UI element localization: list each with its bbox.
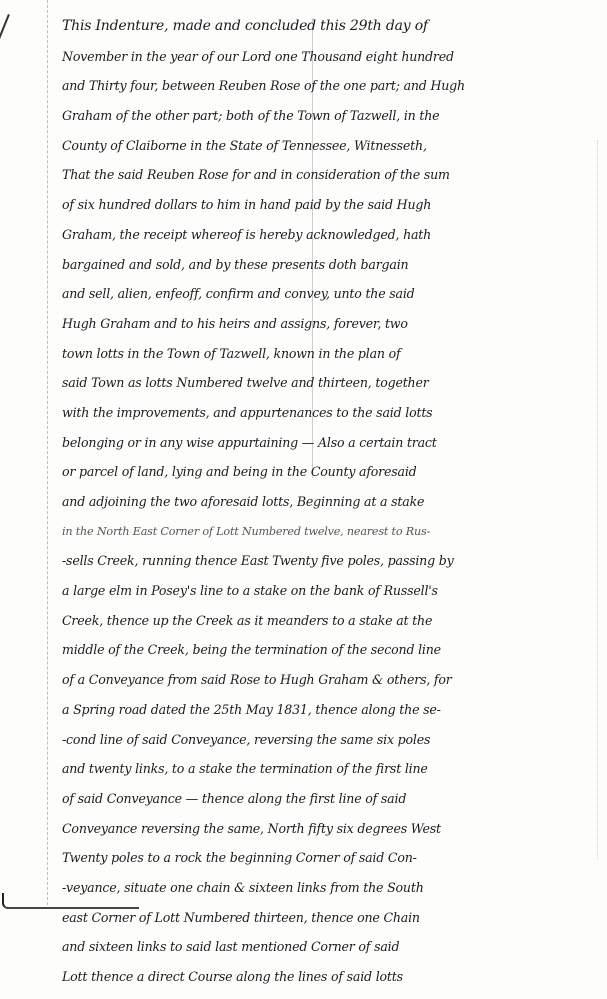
text-line: That the said Reuben Rose for and in con… <box>62 160 602 190</box>
text-line: Lott thence a direct Course along the li… <box>62 962 602 992</box>
text-line: a large elm in Posey's line to a stake o… <box>62 576 602 606</box>
text-line: middle of the Creek, being the terminati… <box>62 635 602 665</box>
text-line: Twenty poles to a rock the beginning Cor… <box>62 843 602 873</box>
text-line: -sells Creek, running thence East Twenty… <box>62 546 602 576</box>
document-page: This Indenture, made and concluded this … <box>0 0 607 999</box>
text-line: Graham of the other part; both of the To… <box>62 101 602 131</box>
corner-pen-mark <box>0 14 10 56</box>
text-line: and sell, alien, enfeoff, confirm and co… <box>62 279 602 309</box>
text-line: belonging or in any wise appurtaining — … <box>62 428 602 458</box>
text-line: and Thirty four, between Reuben Rose of … <box>62 71 602 101</box>
text-line: and sixteen links to said last mentioned… <box>62 932 602 962</box>
text-line: said Town as lotts Numbered twelve and t… <box>62 368 602 398</box>
text-line: Graham, the receipt whereof is hereby ac… <box>62 220 602 250</box>
text-line: east Corner of Lott Numbered thirteen, t… <box>62 903 602 933</box>
text-line: of said Conveyance — thence along the fi… <box>62 784 602 814</box>
text-line: in the North East Corner of Lott Numbere… <box>62 517 602 547</box>
text-line: of six hundred dollars to him in hand pa… <box>62 190 602 220</box>
deed-text: This Indenture, made and concluded this … <box>62 12 602 992</box>
text-line: and adjoining the two aforesaid lotts, B… <box>62 487 602 517</box>
text-line: -cond line of said Conveyance, reversing… <box>62 725 602 755</box>
text-line: Hugh Graham and to his heirs and assigns… <box>62 309 602 339</box>
text-line: County of Claiborne in the State of Tenn… <box>62 131 602 161</box>
text-line: of a Conveyance from said Rose to Hugh G… <box>62 665 602 695</box>
left-margin-rule <box>47 0 48 905</box>
text-line: This Indenture, made and concluded this … <box>62 12 602 42</box>
text-line: Creek, thence up the Creek as it meander… <box>62 606 602 636</box>
text-line: and twenty links, to a stake the termina… <box>62 754 602 784</box>
text-line: town lotts in the Town of Tazwell, known… <box>62 339 602 369</box>
text-line: November in the year of our Lord one Tho… <box>62 42 602 72</box>
text-line: bargained and sold, and by these present… <box>62 250 602 280</box>
text-line: Conveyance reversing the same, North fif… <box>62 814 602 844</box>
text-line: or parcel of land, lying and being in th… <box>62 457 602 487</box>
text-line: -veyance, situate one chain & sixteen li… <box>62 873 602 903</box>
text-line: a Spring road dated the 25th May 1831, t… <box>62 695 602 725</box>
text-line: with the improvements, and appurtenances… <box>62 398 602 428</box>
